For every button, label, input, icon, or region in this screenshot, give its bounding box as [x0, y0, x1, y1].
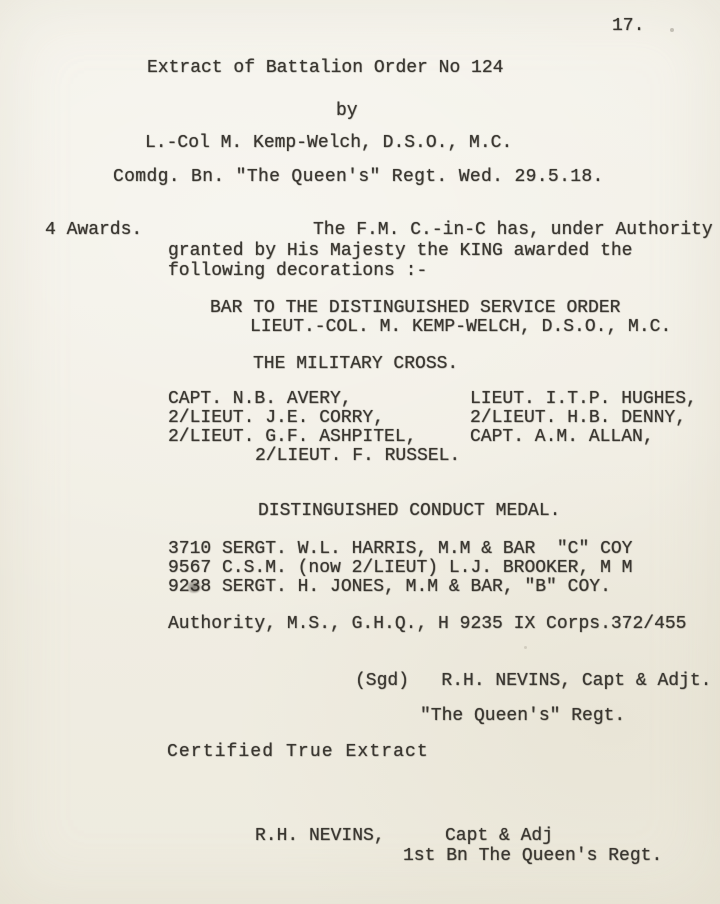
mc-recipient: CAPT. A.M. ALLAN,: [470, 428, 654, 446]
header-unit-date: Comdg. Bn. "The Queen's" Regt. Wed. 29.5…: [113, 168, 604, 186]
intro-line-1: The F.M. C.-in-C has, under Authority: [313, 221, 713, 239]
intro-line-2: granted by His Majesty the KING awarded …: [168, 242, 632, 260]
certified-line: Certified True Extract: [167, 743, 429, 761]
page-number: 17.: [612, 17, 644, 35]
signed-line: (Sgd) R.H. NEVINS, Capt & Adjt.: [355, 672, 711, 690]
military-cross-heading: THE MILITARY CROSS.: [253, 355, 458, 373]
dso-recipient: LIEUT.-COL. M. KEMP-WELCH, D.S.O., M.C.: [250, 318, 671, 336]
dcm-heading: DISTINGUISHED CONDUCT MEDAL.: [258, 502, 560, 520]
mc-recipient-last: 2/LIEUT. F. RUSSEL.: [255, 447, 460, 465]
mc-recipient: CAPT. N.B. AVERY,: [168, 390, 352, 408]
paper-speck: [524, 646, 527, 649]
signature-rank: Capt & Adj: [445, 827, 553, 845]
mc-recipient: 2/LIEUT. G.F. ASHPITEL,: [168, 428, 416, 446]
dso-heading: BAR TO THE DISTINGUISHED SERVICE ORDER: [210, 299, 620, 317]
ink-blot: [186, 581, 202, 593]
signature-name: R.H. NEVINS,: [255, 827, 385, 845]
dcm-recipient: 9238 SERGT. H. JONES, M.M & BAR, "B" COY…: [168, 578, 611, 596]
signature-unit: 1st Bn The Queen's Regt.: [403, 847, 662, 865]
mc-recipient: 2/LIEUT. H.B. DENNY,: [470, 409, 686, 427]
mc-recipient: 2/LIEUT. J.E. CORRY,: [168, 409, 384, 427]
authority-line: Authority, M.S., G.H.Q., H 9235 IX Corps…: [168, 615, 686, 633]
intro-line-3: following decorations :-: [168, 262, 427, 280]
paper-speck: [670, 28, 674, 32]
signed-regiment-line: "The Queen's" Regt.: [420, 707, 625, 725]
header-by-word: by: [336, 102, 358, 120]
document-title: Extract of Battalion Order No 124: [147, 59, 503, 77]
dcm-recipient: 9567 C.S.M. (now 2/LIEUT) L.J. BROOKER, …: [168, 559, 632, 577]
dcm-recipient: 3710 SERGT. W.L. HARRIS, M.M & BAR "C" C…: [168, 540, 632, 558]
margin-note-awards: 4 Awards.: [45, 221, 142, 239]
header-commander: L.-Col M. Kemp-Welch, D.S.O., M.C.: [145, 134, 512, 152]
mc-recipient: LIEUT. I.T.P. HUGHES,: [470, 390, 697, 408]
document-page: 17. Extract of Battalion Order No 124 by…: [0, 0, 720, 904]
